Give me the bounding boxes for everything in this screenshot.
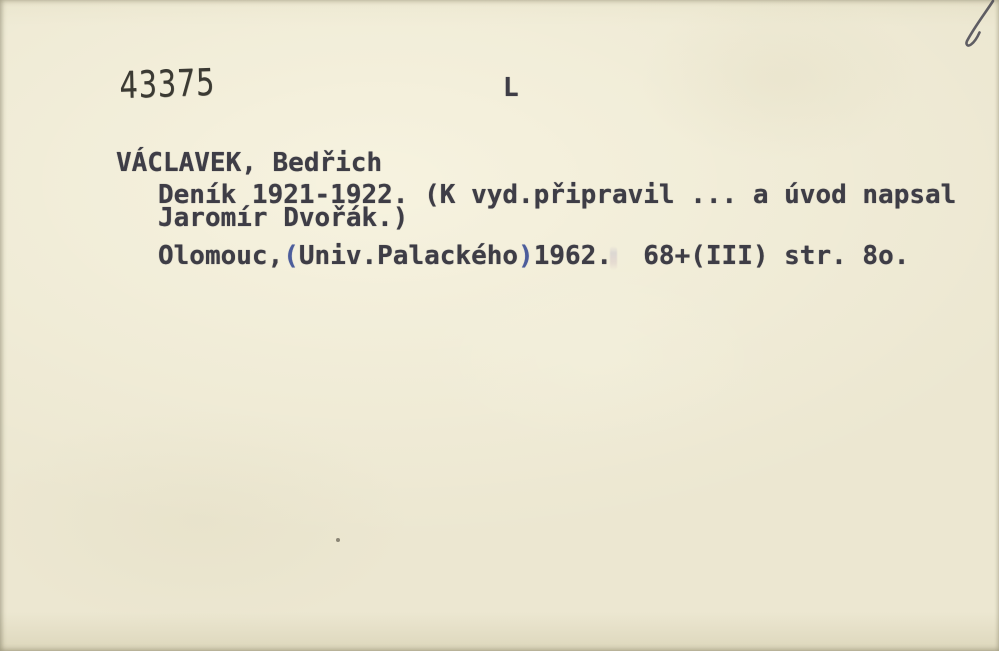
paper-speck bbox=[336, 538, 340, 542]
imprint-open-paren: ( bbox=[283, 241, 299, 271]
call-number: 43375 bbox=[119, 61, 216, 107]
imprint-close-paren: ) bbox=[518, 241, 534, 271]
imprint-publisher: Univ.Palackého bbox=[299, 241, 518, 271]
imprint-city: Olomouc, bbox=[158, 241, 283, 271]
author-heading: VÁCLAVEK, Bedřich bbox=[116, 149, 382, 177]
pen-checkmark-mark bbox=[927, 0, 999, 62]
catalog-card: 43375 L VÁCLAVEK, Bedřich Deník 1921-192… bbox=[0, 0, 999, 651]
imprint-rest: 1962. 68+(III) str. 8o. bbox=[534, 241, 910, 271]
classification-letter: L bbox=[503, 74, 519, 102]
ink-smudge bbox=[610, 246, 617, 270]
imprint-line: Olomouc,(Univ.Palackého)1962. 68+(III) s… bbox=[158, 242, 909, 270]
title-line-2: Jaromír Dvořák.) bbox=[158, 204, 408, 232]
